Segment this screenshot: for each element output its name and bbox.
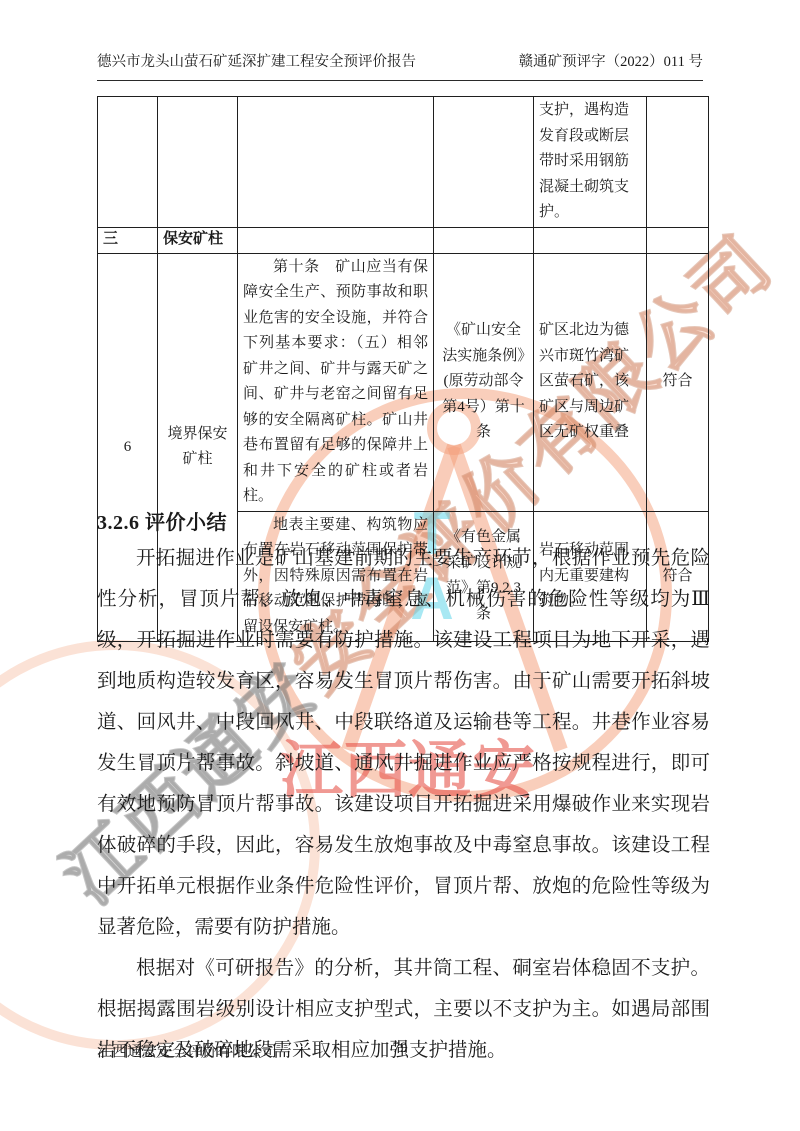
table-row-item-sub1: 6 境界保安矿柱 第十条 矿山应当有保障安全生产、预防事故和职业危害的安全设施，… (98, 253, 709, 511)
cell-empty (238, 97, 434, 228)
cell-empty (434, 227, 534, 253)
cell-empty (158, 97, 238, 228)
paragraph-1: 开拓掘进作业是矿山基建前期的主要生产环节，根据作业预先危险性分析，冒顶片帮、放炮… (97, 538, 710, 948)
cell-empty (534, 227, 647, 253)
section-heading: 3.2.6 评价小结 (97, 506, 227, 535)
table-row-carryover: 支护，遇构造发育段或断层带时采用钢筋混凝土砌筑支护。 (98, 97, 709, 228)
page-header: 德兴市龙头山萤石矿延深扩建工程安全预评价报告 赣通矿预评字（2022）011 号 (97, 50, 703, 81)
cell-section-title: 保安矿柱 (158, 227, 238, 253)
cell-requirement-1: 第十条 矿山应当有保障安全生产、预防事故和职业危害的安全设施，并符合下列基本要求… (238, 253, 434, 511)
table-row-section: 三 保安矿柱 (98, 227, 709, 253)
doc-number: 赣通矿预评字（2022）011 号 (519, 50, 703, 71)
cell-conclusion-1: 符合 (647, 253, 709, 511)
cell-empty (434, 97, 534, 228)
cell-empty (647, 97, 709, 228)
document-page: 江西通安安全评价有限公司 TA 江西通安 德兴市龙头山萤石矿延深扩建工程安全预评… (0, 0, 800, 1131)
report-title: 德兴市龙头山萤石矿延深扩建工程安全预评价报告 (97, 50, 416, 71)
page-number: 79 (393, 1040, 408, 1057)
page-footer: 江西通安安全评价有限公司 79 (97, 1040, 703, 1061)
section-body: 开拓掘进作业是矿山基建前期的主要生产环节，根据作业预先危险性分析，冒顶片帮、放炮… (97, 538, 710, 1071)
cell-situation-1: 矿区北边为德兴市斑竹湾矿区萤石矿，该矿区与周边矿区无矿权重叠 (534, 253, 647, 511)
cell-section-index: 三 (98, 227, 158, 253)
cell-empty (238, 227, 434, 253)
page-content: 德兴市龙头山萤石矿延深扩建工程安全预评价报告 赣通矿预评字（2022）011 号… (0, 0, 800, 1131)
cell-basis-1: 《矿山安全法实施条例》(原劳动部令第4号）第十条 (434, 253, 534, 511)
cell-empty (98, 97, 158, 228)
cell-situation-carryover: 支护，遇构造发育段或断层带时采用钢筋混凝土砌筑支护。 (534, 97, 647, 228)
footer-company: 江西通安安全评价有限公司 (97, 1044, 277, 1060)
cell-empty (647, 227, 709, 253)
